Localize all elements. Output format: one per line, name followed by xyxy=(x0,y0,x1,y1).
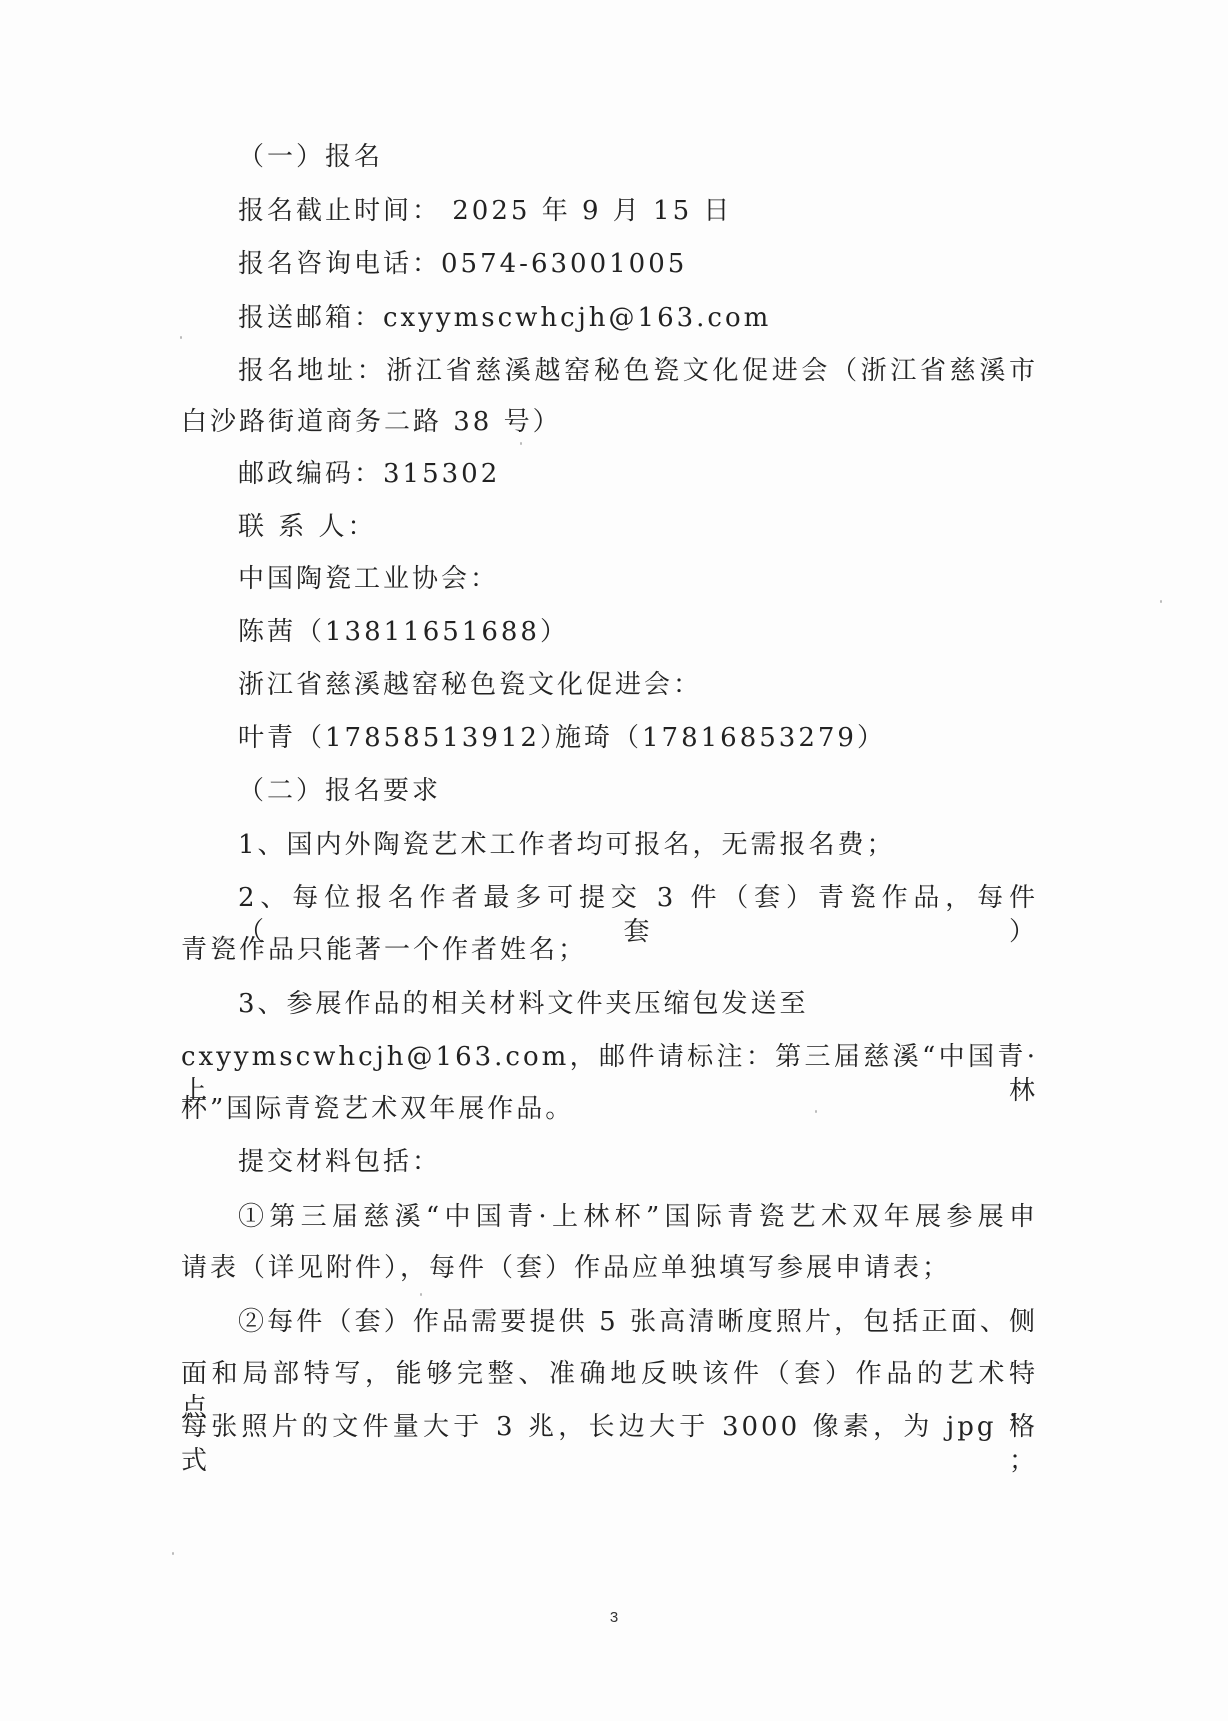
contact-person-yeqing: 叶青（17858513912） xyxy=(238,721,569,755)
scan-speck xyxy=(180,336,182,339)
scan-speck xyxy=(172,1552,174,1555)
scan-speck xyxy=(1160,600,1162,603)
material-1-line2: 请表（详见附件），每件（套）作品应单独填写参展申请表； xyxy=(181,1251,951,1285)
materials-label: 提交材料包括： xyxy=(238,1145,441,1179)
contact-person-chenqian: 陈茜（13811651688） xyxy=(238,615,569,649)
contact-person-shiqi: 施琦（17816853279） xyxy=(555,721,886,755)
material-2-line3: 每张照片的文件量大于 3 兆，长边大于 3000 像素，为 jpg 格式； xyxy=(181,1410,1038,1478)
requirement-item-3-line3: 杯”国际青瓷艺术双年展作品。 xyxy=(181,1092,574,1126)
scan-speck xyxy=(520,442,522,445)
postal-code: 邮政编码：315302 xyxy=(238,457,500,491)
registration-address-line1: 报名地址：浙江省慈溪越窑秘色瓷文化促进会（浙江省慈溪市 xyxy=(238,354,1038,388)
scan-speck xyxy=(815,1110,817,1113)
requirement-item-3-line1: 3、参展作品的相关材料文件夹压缩包发送至 xyxy=(238,987,809,1021)
inquiry-phone: 报名咨询电话：0574-63001005 xyxy=(238,247,687,281)
registration-address-line2: 白沙路街道商务二路 38 号） xyxy=(181,405,562,439)
page-number: 3 xyxy=(0,1609,1228,1626)
contacts-label: 联 系 人： xyxy=(238,510,377,544)
registration-deadline: 报名截止时间： 2025 年 9 月 15 日 xyxy=(238,194,732,228)
section-heading-registration: （一）报名 xyxy=(238,140,383,174)
section-heading-requirements: （二）报名要求 xyxy=(238,774,441,808)
material-2-line1: ②每件（套）作品需要提供 5 张高清晰度照片，包括正面、侧 xyxy=(238,1305,1038,1339)
requirement-item-1: 1、国内外陶瓷艺术工作者均可报名，无需报名费； xyxy=(238,828,896,862)
document-page: （一）报名 报名截止时间： 2025 年 9 月 15 日 报名咨询电话：057… xyxy=(0,0,1228,1721)
requirement-item-2-line2: 青瓷作品只能著一个作者姓名； xyxy=(181,933,587,967)
material-1-line1: ①第三届慈溪“中国青·上林杯”国际青瓷艺术双年展参展申 xyxy=(238,1200,1038,1234)
contact-org-ceramic-association: 中国陶瓷工业协会： xyxy=(238,562,499,596)
contact-org-yueyao-association: 浙江省慈溪越窑秘色瓷文化促进会： xyxy=(238,668,702,702)
scan-speck xyxy=(420,1293,422,1296)
submission-email: 报送邮箱：cxyymscwhcjh@163.com xyxy=(238,301,771,335)
